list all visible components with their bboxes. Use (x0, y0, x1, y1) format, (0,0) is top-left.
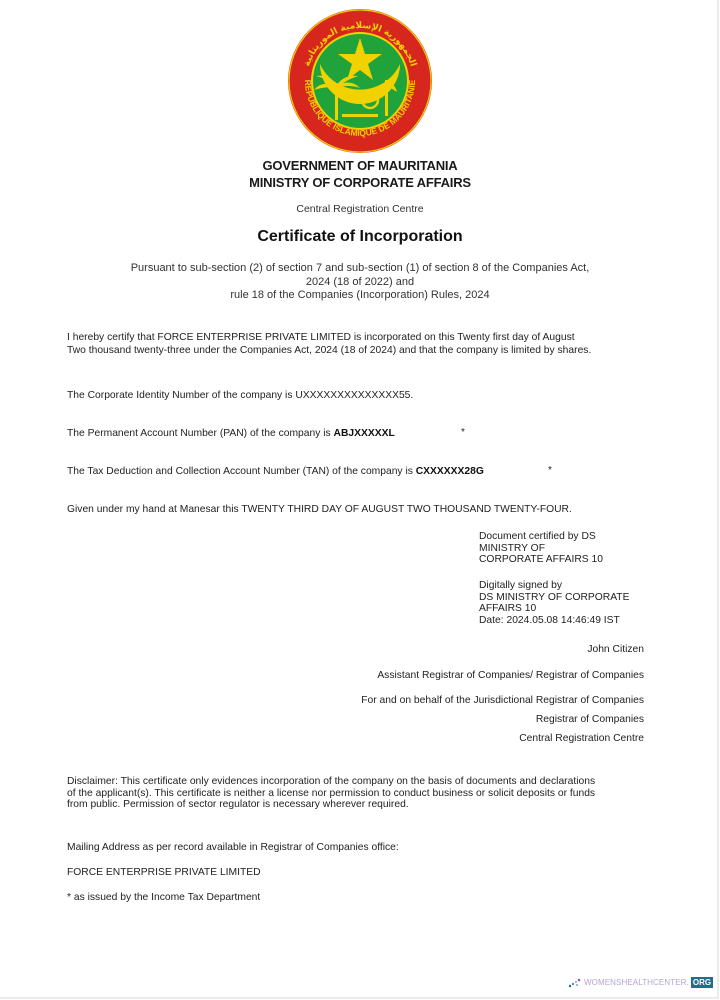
dots-logo-icon (568, 978, 582, 988)
registrar-title: Registrar of Companies (536, 714, 644, 725)
pursuant-line: rule 18 of the Companies (Incorporation)… (0, 289, 720, 303)
certification-line: I hereby certify that FORCE ENTERPRISE P… (67, 331, 591, 344)
pan-asterisk: * (461, 427, 465, 438)
mailing-company-name: FORCE ENTERPRISE PRIVATE LIMITED (67, 866, 261, 879)
on-behalf-line: For and on behalf of the Jurisdictional … (361, 695, 644, 706)
tan-asterisk: * (548, 465, 552, 476)
digital-signature-block: Digitally signed by DS MINISTRY OF CORPO… (479, 580, 629, 626)
certificate-title: Certificate of Incorporation (0, 228, 720, 246)
disclaimer-line: from public. Permission of sector regula… (67, 799, 595, 811)
certification-statement: I hereby certify that FORCE ENTERPRISE P… (67, 331, 591, 357)
certified-line: CORPORATE AFFAIRS 10 (479, 554, 603, 566)
tan-value: CXXXXXX28G (416, 466, 484, 477)
document-certified-block: Document certified by DS MINISTRY OF COR… (479, 531, 603, 566)
watermark-tld: ORG (691, 977, 713, 988)
signed-line: DS MINISTRY OF CORPORATE (479, 592, 629, 604)
signed-line: AFFAIRS 10 (479, 603, 629, 615)
signature-date: Date: 2024.05.08 14:46:49 IST (479, 615, 629, 627)
pursuant-line: Pursuant to sub-section (2) of section 7… (0, 262, 720, 276)
pan-value: ABJXXXXXL (334, 428, 395, 439)
government-name: GOVERNMENT OF MAURITANIA (0, 157, 720, 174)
disclaimer-line: of the applicant(s). This certificate is… (67, 788, 595, 800)
signatory-name: John Citizen (587, 644, 644, 655)
certificate-page: الجمهورية الإسلامية الموريتانية RÉPUBLIQ… (0, 0, 719, 999)
pursuant-clause: Pursuant to sub-section (2) of section 7… (0, 262, 720, 303)
tax-department-note: * as issued by the Income Tax Department (67, 891, 260, 904)
certified-line: Document certified by DS (479, 531, 603, 543)
cin-statement: The Corporate Identity Number of the com… (67, 389, 413, 402)
disclaimer: Disclaimer: This certificate only eviden… (67, 776, 595, 811)
tan-label: The Tax Deduction and Collection Account… (67, 466, 416, 477)
mailing-address-label: Mailing Address as per record available … (67, 841, 399, 854)
watermark-logo: WOMENSHEALTHCENTER. ORG (568, 977, 713, 988)
signed-line: Digitally signed by (479, 580, 629, 592)
ministry-name: MINISTRY OF CORPORATE AFFAIRS (0, 174, 720, 191)
certification-line: Two thousand twenty-three under the Comp… (67, 344, 591, 357)
pan-label: The Permanent Account Number (PAN) of th… (67, 428, 334, 439)
government-heading: GOVERNMENT OF MAURITANIA MINISTRY OF COR… (0, 157, 720, 191)
disclaimer-line: Disclaimer: This certificate only eviden… (67, 776, 595, 788)
signatory-role: Assistant Registrar of Companies/ Regist… (377, 670, 644, 681)
watermark-text: WOMENSHEALTHCENTER. (584, 978, 689, 987)
given-statement: Given under my hand at Manesar this TWEN… (67, 503, 572, 516)
pursuant-line: 2024 (18 of 2022) and (0, 276, 720, 290)
national-emblem-icon: الجمهورية الإسلامية الموريتانية RÉPUBLIQ… (287, 8, 433, 154)
registrar-centre: Central Registration Centre (519, 733, 644, 744)
certified-line: MINISTRY OF (479, 543, 603, 555)
registration-centre: Central Registration Centre (0, 203, 720, 215)
tan-statement: The Tax Deduction and Collection Account… (67, 465, 484, 478)
pan-statement: The Permanent Account Number (PAN) of th… (67, 427, 395, 440)
